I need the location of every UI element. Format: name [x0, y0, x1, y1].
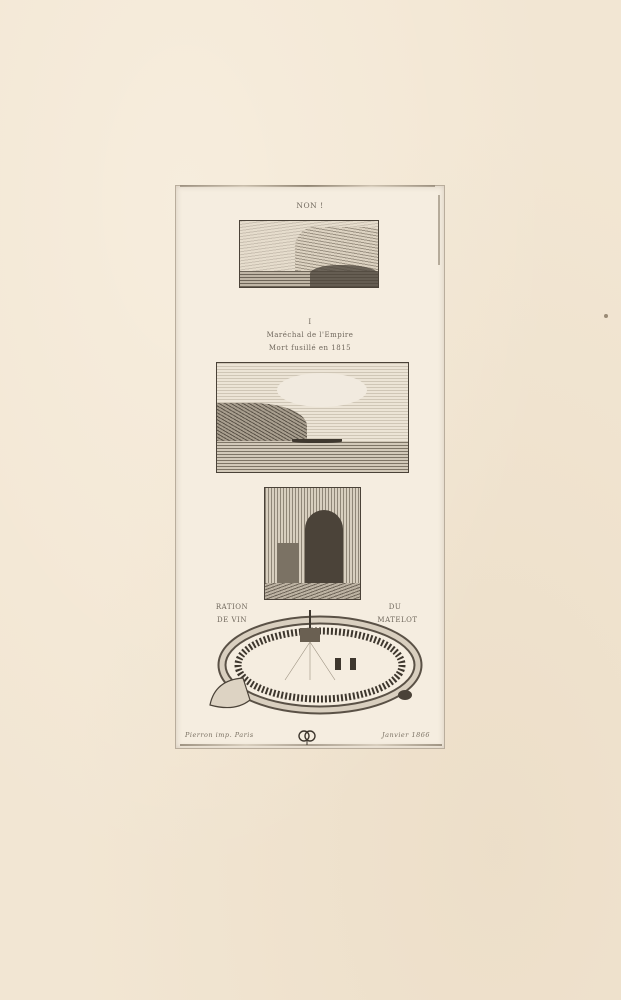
title-top: NON ! [280, 201, 340, 210]
caption-number: I [280, 318, 340, 326]
water-shape [217, 442, 408, 472]
land-shape [217, 403, 307, 441]
plate-edge-right [438, 195, 440, 265]
cliff-seascape-image [239, 220, 379, 288]
boat-shape [292, 439, 342, 443]
horn-ring-icon [205, 600, 425, 725]
rocks-shape [310, 265, 379, 287]
interior-arch-image [264, 487, 361, 600]
caption-line-2: Mort fusillé en 1815 [240, 344, 380, 352]
plate-edge-top [180, 185, 435, 187]
paper-speck [604, 314, 608, 318]
date-credit: Janvier 1866 [370, 731, 430, 739]
ring-banquet-image [205, 600, 425, 725]
island-boat-image [216, 362, 409, 473]
printer-credit: Pierron imp. Paris [185, 731, 260, 739]
caption-line-1: Maréchal de l'Empire [240, 331, 380, 339]
cloud-shape [277, 373, 367, 407]
floor-shape [265, 583, 360, 599]
arch-shape [305, 510, 343, 590]
table-shape [277, 543, 299, 583]
monogram-icon [297, 727, 317, 745]
